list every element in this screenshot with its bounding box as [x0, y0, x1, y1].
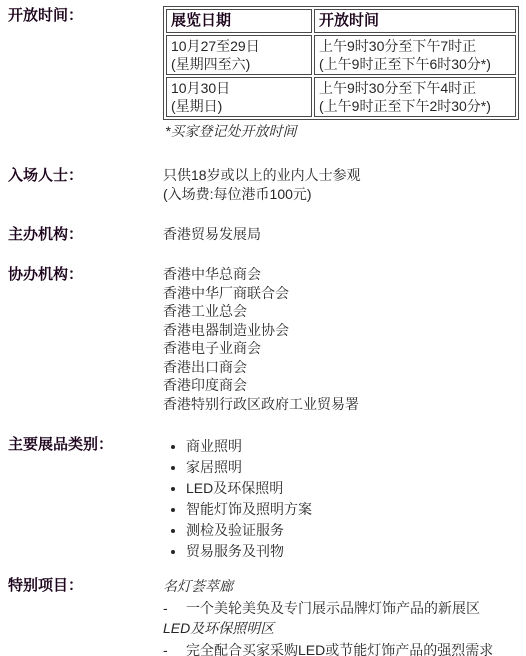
- co-organizer-item: 香港电子业商会: [163, 339, 526, 358]
- section-organizer: 主办机构： 香港贸易发展局: [8, 225, 526, 244]
- special-event-title: LED及环保照明区: [163, 618, 526, 638]
- category-item: LED及环保照明: [186, 478, 526, 499]
- date-line: 10月30日: [171, 79, 307, 97]
- exhibit-categories-label: 主要展品类别：: [8, 435, 163, 454]
- date-weekday: (星期日): [171, 97, 307, 115]
- opening-hours-label: 开放时间：: [8, 6, 163, 25]
- section-admission: 入场人士： 只供18岁或以上的业内人士参观 (入场费:每位港币100元): [8, 166, 526, 204]
- date-line: 10月27至29日: [171, 37, 307, 55]
- time-cell: 上午9时30分至下午7时正 (上午9时正至下午6时30分*): [314, 35, 516, 75]
- organizer-name: 香港贸易发展局: [163, 225, 526, 244]
- header-opening-hours: 开放时间: [314, 9, 516, 33]
- section-opening-hours: 开放时间： 展览日期 开放时间 10月27至29日 (星期四至六) 上午9时30…: [8, 6, 526, 140]
- admission-content: 只供18岁或以上的业内人士参观 (入场费:每位港币100元): [163, 166, 526, 204]
- table-row: 10月30日 (星期日) 上午9时30分至下午4时正 (上午9时正至下午2时30…: [166, 77, 516, 117]
- table-footnote: *买家登记处开放时间: [165, 122, 526, 140]
- special-event-description-text: 一个美轮美奂及专门展示品牌灯饰产品的新展区: [186, 598, 480, 618]
- special-events-label: 特别项目：: [8, 576, 163, 595]
- time-note: (上午9时正至下午2时30分*): [319, 97, 511, 115]
- section-special-events: 特别项目： 名灯荟萃廊 - 一个美轮美奂及专门展示品牌灯饰产品的新展区 LED及…: [8, 576, 526, 656]
- co-organizers-list: 香港中华总商会 香港中华厂商联合会 香港工业总会 香港电器制造业协会 香港电子业…: [163, 265, 526, 413]
- date-cell: 10月27至29日 (星期四至六): [166, 35, 312, 75]
- co-organizer-item: 香港电器制造业协会: [163, 321, 526, 340]
- admission-label: 入场人士：: [8, 166, 163, 185]
- co-organizer-item: 香港中华厂商联合会: [163, 284, 526, 303]
- co-organizers-label: 协办机构：: [8, 265, 163, 284]
- time-line: 上午9时30分至下午7时正: [319, 37, 511, 55]
- time-note: (上午9时正至下午6时30分*): [319, 55, 511, 73]
- date-cell: 10月30日 (星期日): [166, 77, 312, 117]
- co-organizer-item: 香港特别行政区政府工业贸易署: [163, 395, 526, 414]
- organizer-label: 主办机构：: [8, 225, 163, 244]
- special-events-content: 名灯荟萃廊 - 一个美轮美奂及专门展示品牌灯饰产品的新展区 LED及环保照明区 …: [163, 576, 526, 656]
- special-event-description: - 完全配合买家采购LED或节能灯饰产品的强烈需求: [163, 640, 526, 656]
- opening-hours-table: 展览日期 开放时间 10月27至29日 (星期四至六) 上午9时30分至下午7时…: [163, 6, 519, 120]
- dash-bullet: -: [163, 598, 186, 618]
- time-line: 上午9时30分至下午4时正: [319, 79, 511, 97]
- opening-hours-content: 展览日期 开放时间 10月27至29日 (星期四至六) 上午9时30分至下午7时…: [163, 6, 526, 140]
- co-organizer-item: 香港工业总会: [163, 302, 526, 321]
- time-cell: 上午9时30分至下午4时正 (上午9时正至下午2时30分*): [314, 77, 516, 117]
- special-event-description: - 一个美轮美奂及专门展示品牌灯饰产品的新展区: [163, 598, 526, 618]
- date-weekday: (星期四至六): [171, 55, 307, 73]
- special-event-title: 名灯荟萃廊: [163, 576, 526, 596]
- admission-fee: (入场费:每位港币100元): [163, 185, 526, 204]
- co-organizer-item: 香港中华总商会: [163, 265, 526, 284]
- admission-line: 只供18岁或以上的业内人士参观: [163, 166, 526, 185]
- organizer-content: 香港贸易发展局: [163, 225, 526, 244]
- category-item: 贸易服务及刊物: [186, 541, 526, 562]
- co-organizer-item: 香港印度商会: [163, 376, 526, 395]
- category-item: 家居照明: [186, 457, 526, 478]
- exhibit-categories-list: 商业照明 家居照明 LED及环保照明 智能灯饰及照明方案 测检及验证服务 贸易服…: [163, 436, 526, 562]
- exhibit-categories-content: 商业照明 家居照明 LED及环保照明 智能灯饰及照明方案 测检及验证服务 贸易服…: [163, 435, 526, 562]
- exhibition-info-page: 开放时间： 展览日期 开放时间 10月27至29日 (星期四至六) 上午9时30…: [0, 0, 526, 656]
- co-organizer-item: 香港出口商会: [163, 358, 526, 377]
- header-exhibition-dates: 展览日期: [166, 9, 312, 33]
- dash-bullet: -: [163, 640, 186, 656]
- category-item: 智能灯饰及照明方案: [186, 499, 526, 520]
- section-exhibit-categories: 主要展品类别： 商业照明 家居照明 LED及环保照明 智能灯饰及照明方案 测检及…: [8, 435, 526, 562]
- table-row: 10月27至29日 (星期四至六) 上午9时30分至下午7时正 (上午9时正至下…: [166, 35, 516, 75]
- category-item: 测检及验证服务: [186, 520, 526, 541]
- special-event-description-text: 完全配合买家采购LED或节能灯饰产品的强烈需求: [186, 640, 493, 656]
- table-header-row: 展览日期 开放时间: [166, 9, 516, 33]
- category-item: 商业照明: [186, 436, 526, 457]
- section-co-organizers: 协办机构： 香港中华总商会 香港中华厂商联合会 香港工业总会 香港电器制造业协会…: [8, 265, 526, 413]
